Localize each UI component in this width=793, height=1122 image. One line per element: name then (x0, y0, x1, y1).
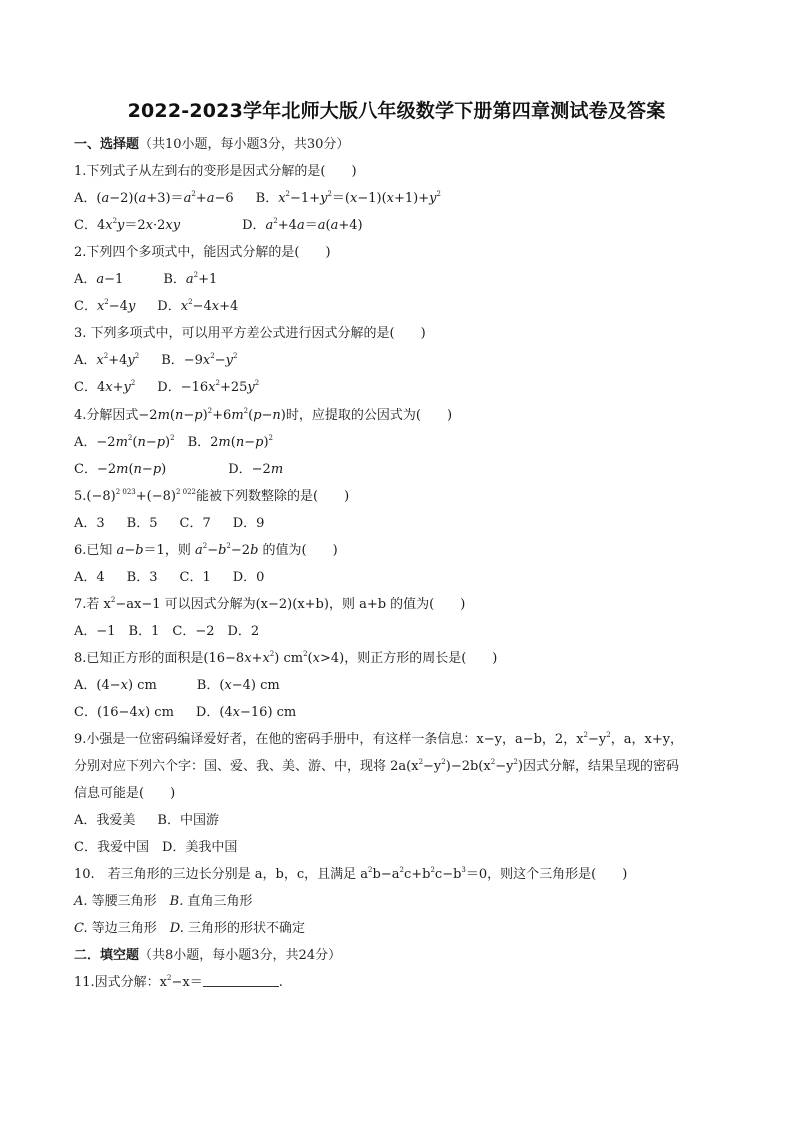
question-2-stem: 2.下列四个多项式中，能因式分解的是( ) (74, 244, 331, 262)
section-heading-choice: 一、选择题（共10小题，每小题3分，共30分） (74, 136, 349, 154)
exam-page: 2022-2023学年北师大版八年级数学下册第四章测试卷及答案 一、选择题（共1… (0, 0, 793, 1122)
answer-blank[interactable] (203, 974, 279, 987)
question-7-options: A．−1 B．1 C．−2 D．2 (74, 623, 259, 641)
question-10-options-row1: A. 等腰三角形 B. 直角三角形 (74, 893, 253, 911)
question-10-stem: 10. 若三角形的三边长分别是 a，b，c，且满足 a2b−a2c+b2c−b3… (74, 866, 627, 884)
question-3-stem: 3. 下列多项式中，可以用平方差公式进行因式分解的是( ) (74, 325, 426, 343)
question-8-options-row2: C．(16−4x) cmD．(4x−16) cm (74, 704, 296, 722)
question-8-stem: 8.已知正方形的面积是(16−8x+x2) cm2(x>4)，则正方形的周长是(… (74, 650, 497, 668)
question-9-stem-line3: 信息可能是( ) (74, 785, 175, 803)
question-5-stem: 5.(−8)2 023+(−8)2 022能被下列数整除的是( ) (74, 488, 349, 506)
question-7-stem: 7.若 x2−ax−1 可以因式分解为(x−2)(x+b)，则 a+b 的值为(… (74, 596, 465, 614)
question-6-options: A．4B．3C．1D．0 (74, 569, 264, 587)
question-6-stem: 6.已知 a−b＝1，则 a2−b2−2b 的值为( ) (74, 542, 338, 560)
question-4-options-row2: C．−2m(n−p)D．−2m (74, 461, 283, 479)
question-3-options-row1: A．x2+4y2B．−9x2−y2 (74, 352, 237, 370)
question-11-stem: 11.因式分解：x2−x＝. (74, 974, 283, 992)
question-1-stem: 1.下列式子从左到右的变形是因式分解的是( ) (74, 163, 357, 181)
question-2-options-row1: A．a−1B．a2+1 (74, 271, 217, 289)
section-heading-fill-in: 二．填空题（共8小题，每小题3分，共24分） (74, 947, 341, 965)
document-title: 2022-2023学年北师大版八年级数学下册第四章测试卷及答案 (0, 96, 793, 123)
question-9-options-row2: C．我爱中国 D．美我中国 (74, 839, 237, 857)
question-9-options-row1: A．我爱美B．中国游 (74, 812, 219, 830)
question-4-stem: 4.分解因式−2m(n−p)2+6m2(p−n)时，应提取的公因式为( ) (74, 407, 452, 425)
question-1-options-row1: A．(a−2)(a+3)＝a2+a−6B．x2−1+y2＝(x−1)(x+1)+… (74, 190, 441, 208)
question-5-options: A．3B．5C．7D．9 (74, 515, 264, 533)
question-1-options-row2: C．4x2y＝2x·2xyD．a2+4a＝a(a+4) (74, 217, 363, 235)
question-10-options-row2: C. 等边三角形 D. 三角形的形状不确定 (74, 920, 305, 938)
question-9-stem-line2: 分别对应下列六个字：国、爱、我、美、游、中，现将 2a(x2−y2)−2b(x2… (74, 758, 679, 776)
question-2-options-row2: C．x2−4yD．x2−4x+4 (74, 298, 238, 316)
question-4-options-row1: A．−2m2(n−p)2 B．2m(n−p)2 (74, 434, 273, 452)
question-9-stem-line1: 9.小强是一位密码编译爱好者，在他的密码手册中，有这样一条信息：x−y，a−b，… (74, 731, 683, 749)
question-8-options-row1: A．(4−x) cmB．(x−4) cm (74, 677, 280, 695)
question-3-options-row2: C．4x+y2D．−16x2+25y2 (74, 379, 259, 397)
